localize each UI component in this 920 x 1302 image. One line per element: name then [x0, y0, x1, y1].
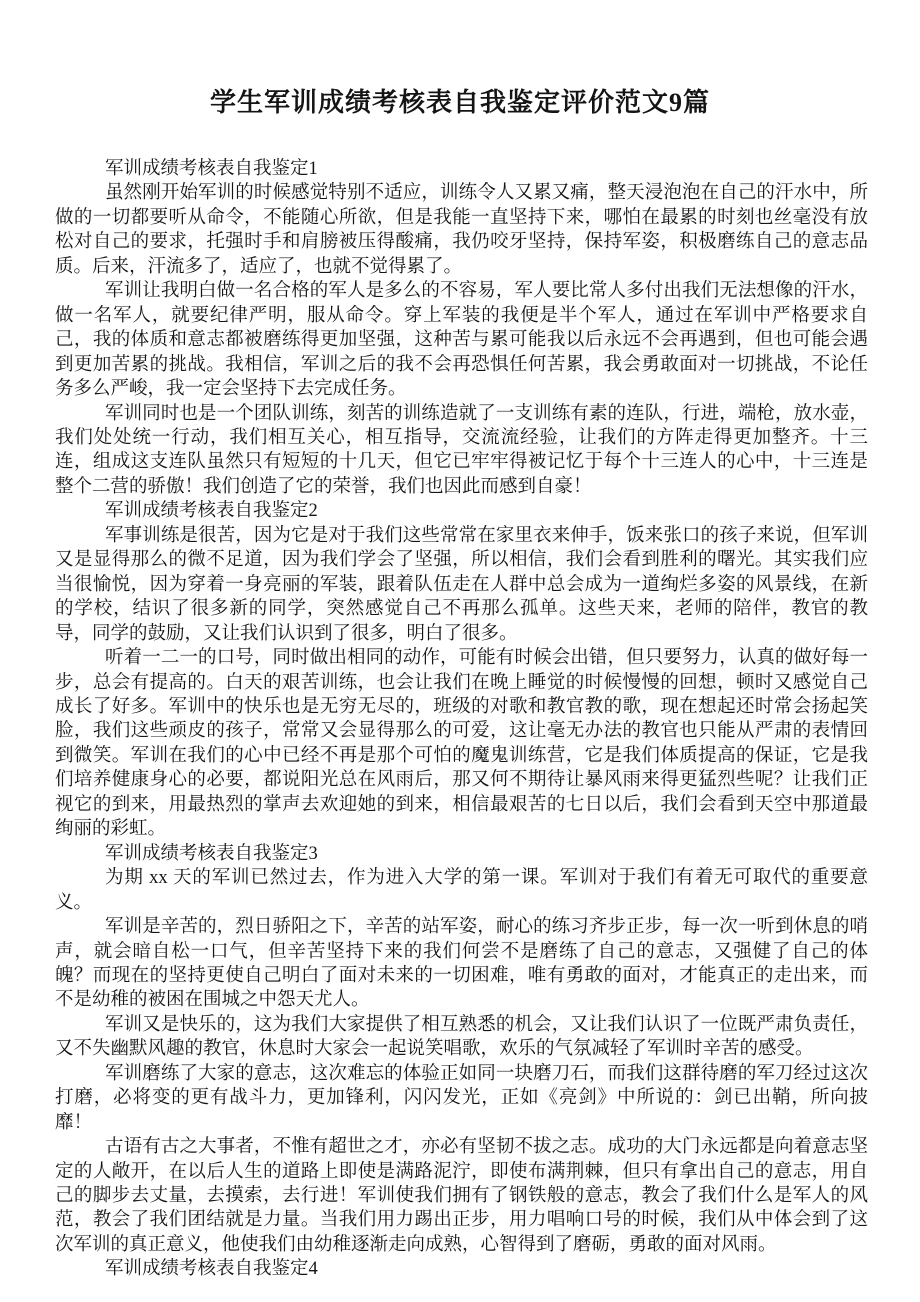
body-paragraph: 听着一二一的口号，同时做出相同的动作，可能有时候会出错，但只要努力，认真的做好每… — [55, 646, 868, 842]
body-paragraph: 军训是辛苦的，烈日骄阳之下，辛苦的站军姿，耐心的练习齐步正步，每一次一听到休息的… — [55, 915, 868, 1013]
document-title: 学生军训成绩考核表自我鉴定评价范文9篇 — [55, 86, 865, 120]
section-heading: 军训成绩考核表自我鉴定4 — [55, 1257, 868, 1281]
body-paragraph: 为期 xx 天的军训已然过去，作为进入大学的第一课。军训对于我们有着无可取代的重… — [55, 866, 868, 915]
document-page: 学生军训成绩考核表自我鉴定评价范文9篇 军训成绩考核表自我鉴定1虽然刚开始军训的… — [0, 0, 920, 1302]
section-heading: 军训成绩考核表自我鉴定1 — [55, 157, 868, 181]
body-paragraph: 军训同时也是一个团队训练，刻苦的训练造就了一支训练有素的连队，行进，端枪，放水壶… — [55, 402, 868, 500]
body-paragraph: 古语有古之大事者，不惟有超世之才，亦必有坚韧不拔之志。成功的大门永远都是向着意志… — [55, 1135, 868, 1257]
body-paragraph: 军训又是快乐的，这为我们大家提供了相互熟悉的机会，又让我们认识了一位既严肃负责任… — [55, 1013, 868, 1062]
section-heading: 军训成绩考核表自我鉴定2 — [55, 499, 868, 523]
body-paragraph: 军事训练是很苦，因为它是对于我们这些常常在家里衣来伸手，饭来张口的孩子来说，但军… — [55, 524, 868, 646]
body-paragraph: 虽然刚开始军训的时候感觉特别不适应，训练令人又累又痛，整天浸泡泡在自己的汗水中，… — [55, 181, 868, 279]
body-paragraph: 军训让我明白做一名合格的军人是多么的不容易，军人要比常人多付出我们无法想像的汗水… — [55, 279, 868, 401]
body-paragraph: 军训磨练了大家的意志，这次难忘的体验正如同一块磨刀石，而我们这群待磨的军刀经过这… — [55, 1062, 868, 1135]
document-body: 军训成绩考核表自我鉴定1虽然刚开始军训的时候感觉特别不适应，训练令人又累又痛，整… — [55, 157, 868, 1282]
section-heading: 军训成绩考核表自我鉴定3 — [55, 842, 868, 866]
